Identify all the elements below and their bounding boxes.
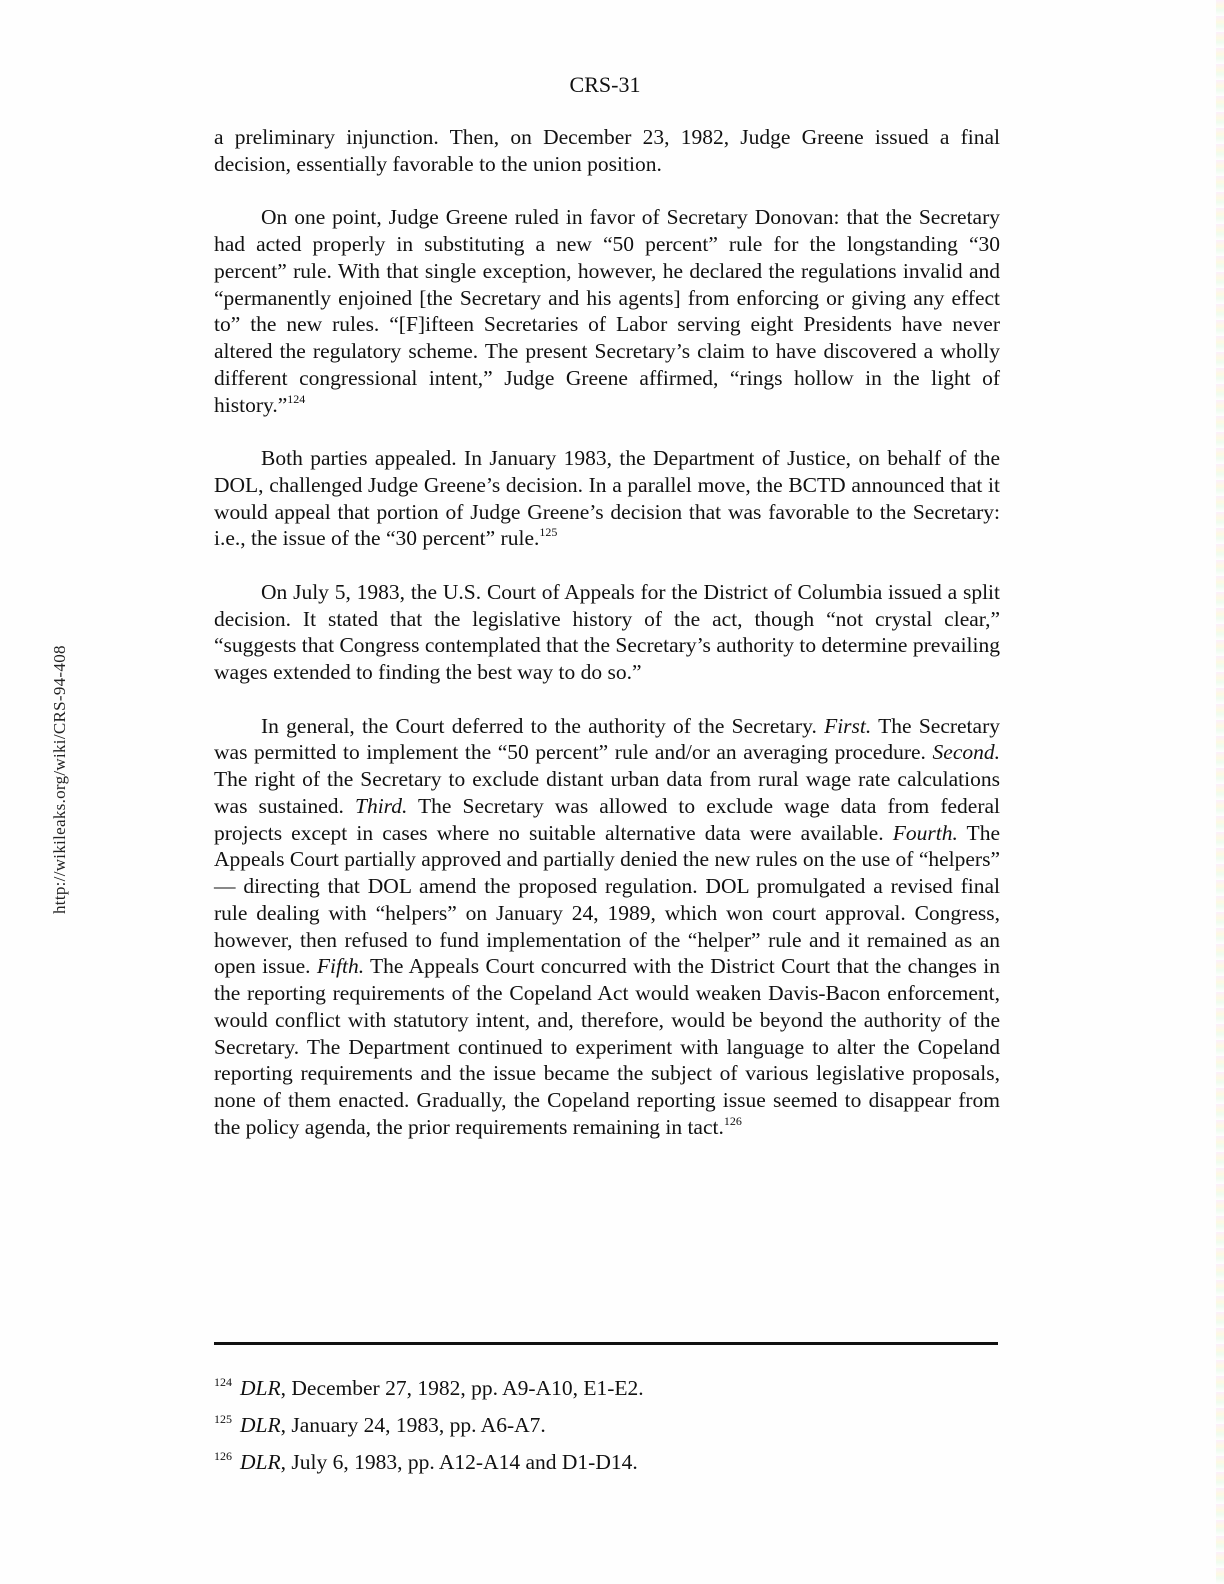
italic-ordinal: Fourth. <box>893 821 958 845</box>
body-text: a preliminary injunction. Then, on Decem… <box>214 124 1000 1167</box>
italic-ordinal: First. <box>824 714 871 738</box>
footnote-reference: 125 <box>539 525 557 539</box>
footnote-text: , January 24, 1983, pp. A6-A7. <box>281 1413 546 1437</box>
paragraph: In general, the Court deferred to the au… <box>214 713 1000 1141</box>
paragraph: On July 5, 1983, the U.S. Court of Appea… <box>214 579 1000 686</box>
italic-ordinal: Fifth. <box>317 954 364 978</box>
text-run: On one point, Judge Greene ruled in favo… <box>214 205 1000 416</box>
footnote-number: 124 <box>214 1375 232 1389</box>
footnotes: 124DLR, December 27, 1982, pp. A9-A10, E… <box>214 1368 1000 1479</box>
italic-ordinal: Third. <box>355 794 407 818</box>
footnote-source: DLR <box>240 1413 281 1437</box>
footnote-number: 125 <box>214 1412 232 1426</box>
text-run: Both parties appealed. In January 1983, … <box>214 446 1000 550</box>
footnote-separator <box>214 1342 998 1345</box>
footnote-text: , July 6, 1983, pp. A12-A14 and D1-D14. <box>281 1450 638 1474</box>
footnote-number: 126 <box>214 1449 232 1463</box>
footnote: 125DLR, January 24, 1983, pp. A6-A7. <box>214 1405 1000 1442</box>
text-run: In general, the Court deferred to the au… <box>261 714 824 738</box>
paragraph: a preliminary injunction. Then, on Decem… <box>214 124 1000 178</box>
footnote-text: , December 27, 1982, pp. A9-A10, E1-E2. <box>281 1376 644 1400</box>
footnote: 124DLR, December 27, 1982, pp. A9-A10, E… <box>214 1368 1000 1405</box>
text-run: a preliminary injunction. Then, on Decem… <box>214 125 1000 176</box>
text-run: The Appeals Court concurred with the Dis… <box>214 954 1000 1139</box>
scan-edge-artifact <box>1216 0 1224 1584</box>
footnote-source: DLR <box>240 1450 281 1474</box>
text-run: On July 5, 1983, the U.S. Court of Appea… <box>214 580 1000 684</box>
paragraph: On one point, Judge Greene ruled in favo… <box>214 204 1000 418</box>
footnote-reference: 124 <box>287 392 305 406</box>
italic-ordinal: Second. <box>933 740 1000 764</box>
footnote-source: DLR <box>240 1376 281 1400</box>
side-url-watermark: http://wikileaks.org/wiki/CRS-94-408 <box>50 645 70 914</box>
footnote: 126DLR, July 6, 1983, pp. A12-A14 and D1… <box>214 1442 1000 1479</box>
paragraph: Both parties appealed. In January 1983, … <box>214 445 1000 552</box>
footnote-reference: 126 <box>724 1114 742 1128</box>
page-number-header: CRS-31 <box>0 72 1210 98</box>
